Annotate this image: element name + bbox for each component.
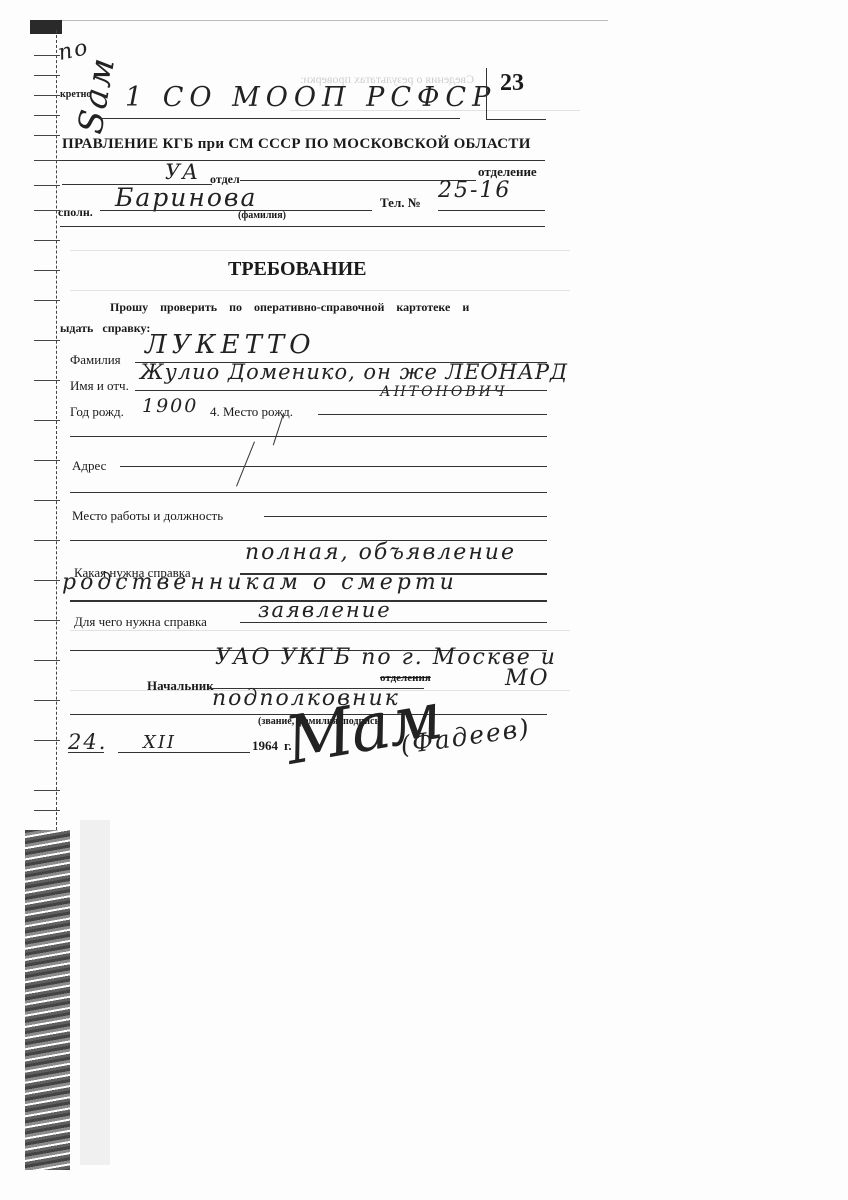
margin-tick bbox=[34, 740, 60, 741]
margin-tick bbox=[34, 460, 60, 461]
margin-tick bbox=[34, 185, 60, 186]
margin-tick bbox=[34, 500, 60, 501]
margin-tick bbox=[34, 580, 60, 581]
executor-label: сполн. bbox=[58, 205, 93, 220]
request-text-line1: Прошу проверить по оперативно-справочной… bbox=[110, 300, 469, 315]
margin-tick bbox=[34, 660, 60, 661]
margin-tick bbox=[34, 270, 60, 271]
head-label: Начальник bbox=[147, 678, 214, 694]
margin-tick bbox=[34, 55, 60, 56]
margin-tick bbox=[34, 620, 60, 621]
date-day: 24. bbox=[68, 730, 107, 754]
margin-tick bbox=[34, 420, 60, 421]
binding-strip bbox=[25, 830, 70, 1170]
executor-caption: (фамилия) bbox=[238, 210, 286, 221]
margin-tick bbox=[34, 540, 60, 541]
address-label: Адрес bbox=[72, 458, 106, 474]
margin-tick bbox=[34, 135, 60, 136]
header-addressee: 1 СО МООП РСФСР bbox=[125, 82, 496, 113]
department-value: УА bbox=[165, 160, 200, 184]
margin-tick bbox=[34, 160, 60, 161]
phone-value: 25-16 bbox=[438, 178, 511, 203]
margin-tick bbox=[34, 240, 60, 241]
which-value-line1: полная, объявление bbox=[245, 540, 516, 565]
executor-value: Баринова bbox=[115, 183, 257, 212]
margin-tick bbox=[34, 810, 60, 811]
organization: ПРАВЛЕНИЕ КГБ при СМ СССР ПО МОСКОВСКОЙ … bbox=[62, 136, 531, 153]
margin-tick bbox=[34, 340, 60, 341]
surname-value: ЛУКЕТТО bbox=[145, 330, 316, 360]
sheet-number-frame bbox=[486, 68, 487, 120]
name-value-line2: АНТОНОВИЧ bbox=[380, 384, 508, 400]
phone-label: Тел. № bbox=[380, 195, 421, 211]
scan-shadow bbox=[80, 820, 110, 1165]
margin-tick bbox=[34, 115, 60, 116]
margin-tick bbox=[34, 380, 60, 381]
sheet-number: 23 bbox=[500, 70, 524, 97]
work-label: Место работы и должность bbox=[72, 508, 223, 524]
address-dash bbox=[236, 442, 255, 487]
margin-tick bbox=[34, 700, 60, 701]
header-label-partial: кретно bbox=[60, 89, 91, 100]
name-value: Жулио Доменико, он же ЛЕОНАРД bbox=[140, 360, 568, 384]
page-top-edge bbox=[48, 20, 608, 21]
margin-tick bbox=[34, 790, 60, 791]
head-organization-mo: МО bbox=[505, 666, 550, 691]
date-year: 1964 bbox=[252, 738, 278, 754]
purpose-value: заявление bbox=[258, 598, 392, 622]
birth-year-label: Год рожд. bbox=[70, 404, 124, 420]
name-label: Имя и отч. bbox=[70, 378, 129, 394]
margin-tick bbox=[34, 300, 60, 301]
binding-margin-line bbox=[56, 30, 59, 830]
document-title: ТРЕБОВАНИЕ bbox=[228, 258, 367, 281]
birth-year-value: 1900 bbox=[142, 395, 198, 417]
which-value-line2: родственникам о смерти bbox=[62, 570, 458, 595]
purpose-label: Для чего нужна справка bbox=[74, 614, 207, 630]
margin-tick bbox=[34, 75, 60, 76]
margin-tick bbox=[34, 210, 60, 211]
date-month: XII bbox=[143, 732, 176, 753]
surname-label: Фамилия bbox=[70, 352, 121, 368]
request-text-line2: ыдать справку: bbox=[60, 321, 150, 336]
margin-tick bbox=[34, 95, 60, 96]
